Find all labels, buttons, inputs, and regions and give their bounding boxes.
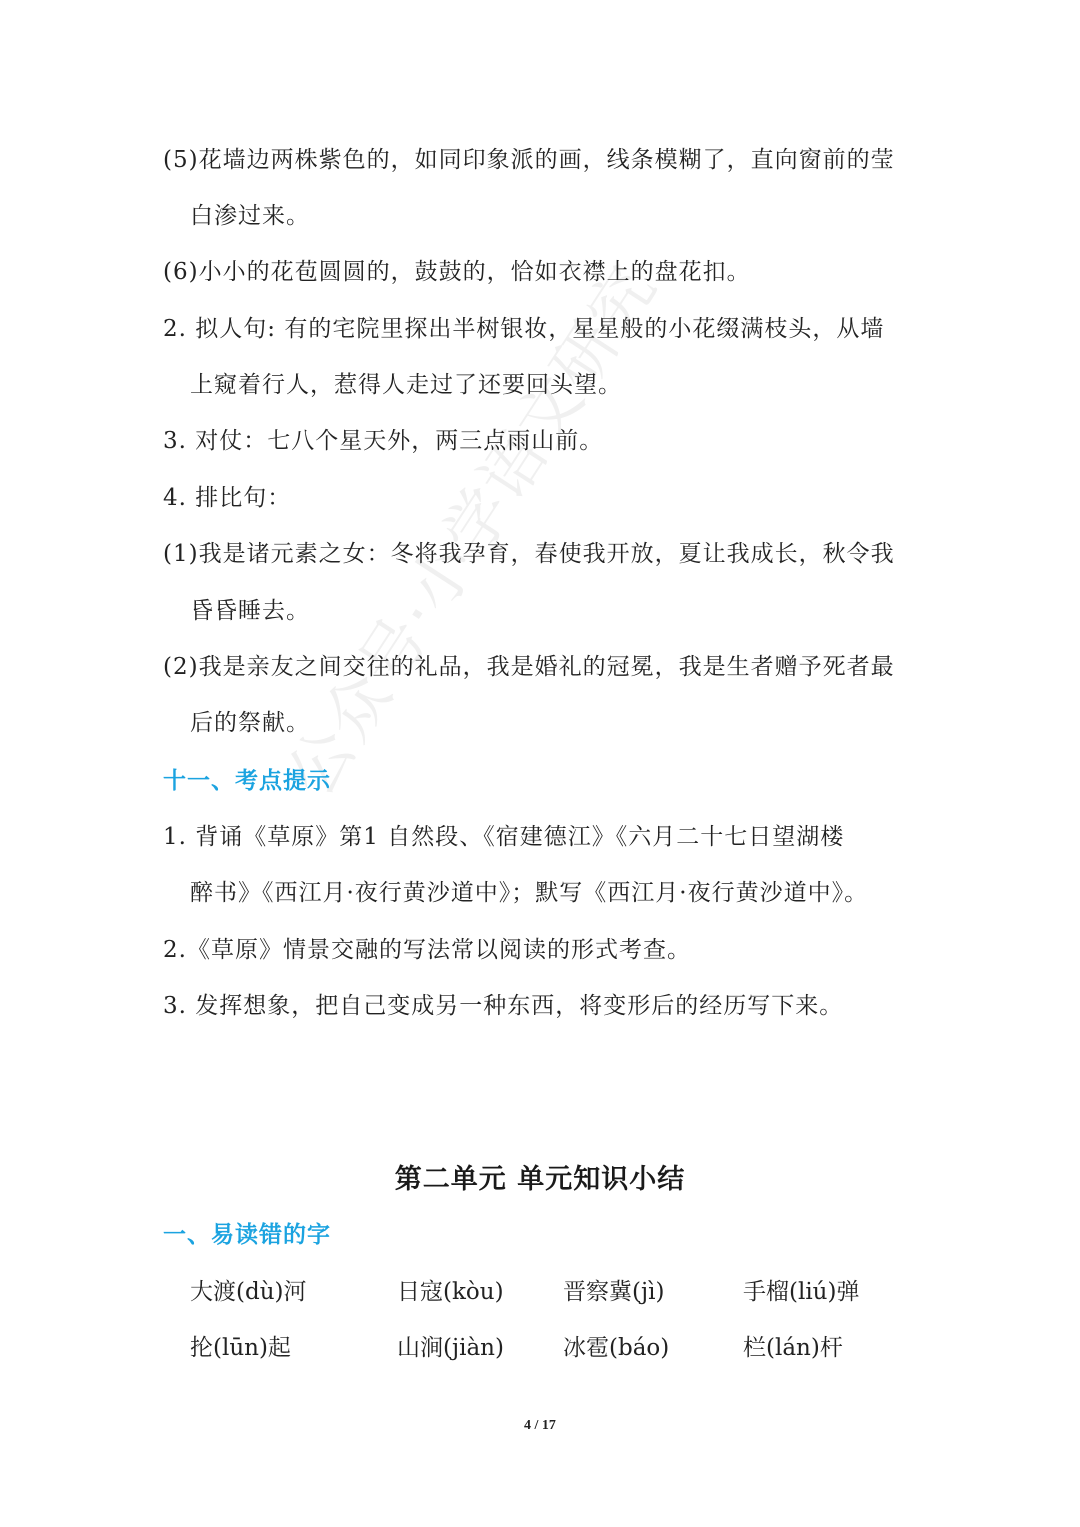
character-item: 山涧(jiàn): [397, 1333, 504, 1363]
example-line-5b: 白渗过来。: [190, 201, 310, 231]
page-number: 4 / 17: [0, 1418, 1080, 1434]
character-item: 栏(lán)杆: [743, 1333, 843, 1363]
character-row-1: 大渡(dù)河 日寇(kòu) 晋察冀(jì) 手榴(liú)弹: [0, 1277, 1080, 1307]
character-item: 冰雹(báo): [563, 1333, 669, 1363]
section-heading-exam-tips: 十一、考点提示: [163, 766, 331, 796]
personification-line-a: 2. 拟人句: 有的宅院里探出半树银妆，星星般的小花缀满枝头，从墙: [163, 314, 884, 344]
unit-title: 第二单元 单元知识小结: [0, 1163, 1080, 1197]
exam-tip-1a: 1. 背诵《草原》第1 自然段、《宿建德江》《六月二十七日望湖楼: [163, 822, 844, 852]
antithesis-line: 3. 对仗：七八个星天外，两三点雨山前。: [163, 426, 603, 456]
document-page: 公众号·小学语文研究 (5)花墙边两株紫色的，如同印象派的画，线条模糊了，直向窗…: [0, 0, 1080, 1527]
exam-tip-1b: 醉书》《西江月·夜行黄沙道中》；默写《西江月·夜行黄沙道中》。: [190, 878, 868, 908]
exam-tip-3: 3. 发挥想象，把自己变成另一种东西，将变形后的经历写下来。: [163, 991, 843, 1021]
personification-line-b: 上窥着行人，惹得人走过了还要回头望。: [190, 370, 622, 400]
section-heading-misread-characters: 一、易读错的字: [163, 1220, 331, 1250]
character-item: 大渡(dù)河: [190, 1277, 306, 1307]
character-item: 抡(lūn)起: [190, 1333, 291, 1363]
parallelism-line-1a: (1)我是诸元素之女：冬将我孕育，春使我开放，夏让我成长，秋令我: [163, 539, 895, 569]
parallelism-line-2b: 后的祭献。: [190, 708, 310, 738]
exam-tip-2: 2.《草原》情景交融的写法常以阅读的形式考查。: [163, 935, 691, 965]
character-item: 手榴(liú)弹: [743, 1277, 859, 1307]
character-row-2: 抡(lūn)起 山涧(jiàn) 冰雹(báo) 栏(lán)杆: [0, 1333, 1080, 1363]
parallelism-label: 4. 排比句：: [163, 483, 291, 513]
character-item: 晋察冀(jì): [563, 1277, 664, 1307]
character-item: 日寇(kòu): [397, 1277, 504, 1307]
parallelism-line-2a: (2)我是亲友之间交往的礼品，我是婚礼的冠冕，我是生者赠予死者最: [163, 652, 895, 682]
parallelism-line-1b: 昏昏睡去。: [190, 596, 310, 626]
example-line-6: (6)小小的花苞圆圆的，鼓鼓的，恰如衣襟上的盘花扣。: [163, 257, 751, 287]
example-line-5a: (5)花墙边两株紫色的，如同印象派的画，线条模糊了，直向窗前的莹: [163, 145, 895, 175]
